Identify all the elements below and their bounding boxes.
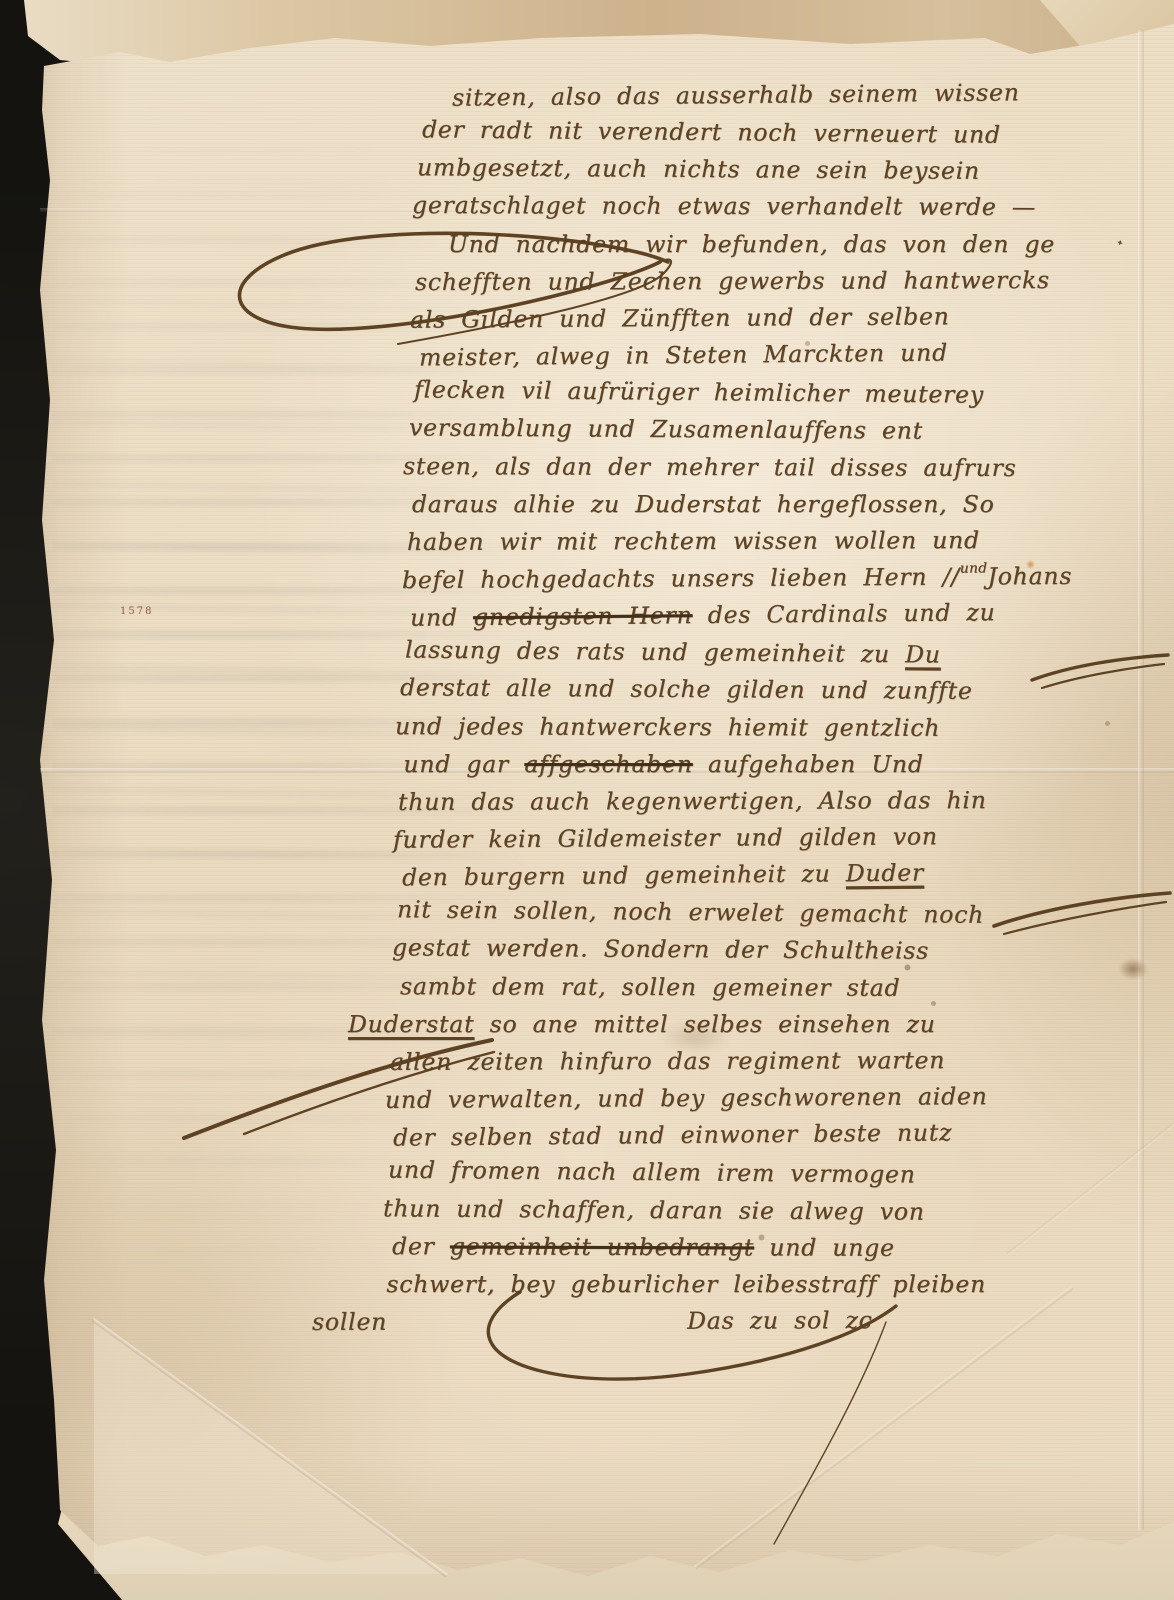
manuscript-line: und verwalten, und bey geschworenen aide…: [385, 1084, 988, 1114]
text-segment: sambt dem rat, sollen gemeiner stad: [400, 972, 900, 1002]
manuscript-line: thun das auch kegenwertigen, Also das hi…: [398, 788, 987, 816]
text-segment: schefften und Zechen gewerbs und hantwer…: [415, 266, 1050, 296]
text-segment: allen zeiten hinfuro das regiment warten: [390, 1046, 945, 1076]
manuscript-line: geratschlaget noch etwas verhandelt werd…: [412, 193, 1036, 221]
manuscript-line: allen zeiten hinfuro das regiment warten: [390, 1048, 945, 1076]
manuscript-line: befel hochgedachts unsers lieben Hern //…: [402, 564, 1072, 594]
text-segment: und: [960, 561, 988, 577]
manuscript-line: und fromen nach allem irem vermogen: [388, 1158, 916, 1189]
manuscript-line: thun und schaffen, daran sie alweg von: [383, 1196, 925, 1225]
text-segment: Das zu sol zc: [687, 1306, 873, 1335]
manuscript-line: und jedes hantwerckers hiemit gentzlich: [395, 714, 940, 742]
text-segment: der selben stad und einwoner beste nutz: [393, 1119, 952, 1152]
text-segment: versamblung und Zusamenlauffens ent: [408, 414, 922, 445]
manuscript-line: daraus alhie zu Duderstat hergeflossen, …: [412, 492, 995, 518]
manuscript-scan: 1578 ✦ sitzen, also das ausserhalb seine…: [0, 0, 1174, 1600]
text-segment: furder kein Gildemeister und gilden von: [393, 822, 938, 853]
manuscript-line: umbgesetzt, auch nichts ane sein beysein: [417, 156, 980, 185]
text-segment: befel hochgedachts unsers lieben Hern //: [402, 563, 960, 595]
manuscript-line: derstat alle und solche gilden und zunff…: [400, 676, 973, 705]
text-segment: der: [391, 1232, 449, 1260]
text-segment: thun und schaffen, daran sie alweg von: [383, 1194, 925, 1225]
manuscript-line: sollenDas zu sol zc: [312, 1308, 873, 1336]
text-segment: geratschlaget noch etwas verhandelt werd…: [412, 191, 1036, 221]
text-segment: Duder: [845, 859, 923, 888]
text-segment: thun das auch kegenwertigen, Also das hi…: [398, 786, 987, 816]
manuscript-line: der gemeinheit unbedrangt und unge: [391, 1234, 894, 1261]
text-segment: Duderstat: [348, 1010, 474, 1038]
text-segment: und gar: [403, 750, 524, 778]
text-segment: als Gilden und Zünfften und der selben: [410, 302, 950, 333]
manuscript-line: schwert, bey geburlicher leibesstraff pl…: [386, 1272, 986, 1298]
text-segment: der radt nit verendert noch verneuert un…: [422, 115, 1001, 148]
text-segment: des Cardinals und zu: [693, 598, 996, 629]
manuscript-line: sambt dem rat, sollen gemeiner stad: [400, 974, 900, 1001]
text-segment: gestat werden. Sondern der Schultheiss: [391, 934, 928, 965]
manuscript-line: sitzen, also das ausserhalb seinem wisse…: [452, 80, 1020, 111]
text-segment: daraus alhie zu Duderstat hergeflossen, …: [412, 490, 995, 518]
text-segment: und: [410, 603, 473, 632]
manuscript-line: und gar affgeschaben aufgehaben Und: [403, 752, 923, 778]
manuscript-line: meister, alweg in Steten Marckten und: [419, 341, 948, 372]
text-segment: so ane mittel selbes einsehen zu: [474, 1010, 935, 1038]
manuscript-line: und gnedigsten Hern des Cardinals und zu: [410, 600, 996, 631]
text-segment: umbgesetzt, auch nichts ane sein beysein: [417, 154, 980, 186]
text-segment: Du: [905, 640, 941, 668]
text-segment: sitzen, also das ausserhalb seinem wisse…: [452, 78, 1020, 111]
text-segment: nit sein sollen, noch erwelet gemacht no…: [396, 896, 983, 930]
manuscript-line: schefften und Zechen gewerbs und hantwer…: [415, 268, 1050, 296]
manuscript-line: nit sein sollen, noch erwelet gemacht no…: [396, 898, 983, 929]
manuscript-line: flecken vil aufrüriger heimlicher meuter…: [413, 378, 983, 409]
manuscript-line: der selben stad und einwoner beste nutz: [393, 1121, 952, 1152]
text-segment: steen, als dan der mehrer tail disses au…: [403, 452, 1017, 482]
manuscript-line: Duderstat so ane mittel selbes einsehen …: [348, 1012, 936, 1038]
text-segment: lassung des rats und gemeinheit zu: [405, 636, 905, 669]
manuscript-line: den burgern und gemeinheit zu Duder: [402, 861, 924, 892]
text-segment: schwert, bey geburlicher leibesstraff pl…: [386, 1270, 986, 1298]
text-segment: affgeschaben: [524, 750, 692, 778]
manuscript-line: versamblung und Zusamenlauffens ent: [408, 416, 922, 445]
text-segment: Johans: [987, 562, 1072, 591]
manuscript-line: als Gilden und Zünfften und der selben: [410, 304, 950, 333]
manuscript-line: furder kein Gildemeister und gilden von: [393, 824, 938, 853]
text-segment: Und nachdem wir befunden, das von den ge: [448, 230, 1055, 258]
text-segment: gemeinheit unbedrangt: [449, 1232, 753, 1261]
text-segment: und fromen nach allem irem vermogen: [388, 1156, 916, 1189]
text-segment: derstat alle und solche gilden und zunff…: [400, 674, 973, 706]
manuscript-line: gestat werden. Sondern der Schultheiss: [391, 936, 928, 965]
text-segment: und unge: [754, 1233, 895, 1261]
text-segment: haben wir mit rechtem wissen wollen und: [407, 526, 980, 556]
manuscript-line: der radt nit verendert noch verneuert un…: [422, 117, 1001, 148]
text-segment: gnedigsten Hern: [473, 601, 693, 631]
text-segment: meister, alweg in Steten Marckten und: [419, 339, 948, 372]
text-segment: aufgehaben Und: [693, 750, 924, 778]
manuscript-line: Und nachdem wir befunden, das von den ge: [448, 232, 1055, 258]
manuscript-line: haben wir mit rechtem wissen wollen und: [407, 528, 980, 556]
manuscript-line: steen, als dan der mehrer tail disses au…: [403, 454, 1017, 482]
text-segment: den burgern und gemeinheit zu: [402, 859, 846, 891]
text-segment: flecken vil aufrüriger heimlicher meuter…: [413, 376, 983, 409]
manuscript-line: lassung des rats und gemeinheit zu Du: [405, 638, 941, 669]
text-segment: sollen: [312, 1308, 387, 1336]
text-segment: und jedes hantwerckers hiemit gentzlich: [395, 712, 940, 742]
manuscript-text: sitzen, also das ausserhalb seinem wisse…: [0, 0, 1174, 1600]
text-segment: [387, 1329, 687, 1330]
text-segment: und verwalten, und bey geschworenen aide…: [385, 1082, 988, 1114]
